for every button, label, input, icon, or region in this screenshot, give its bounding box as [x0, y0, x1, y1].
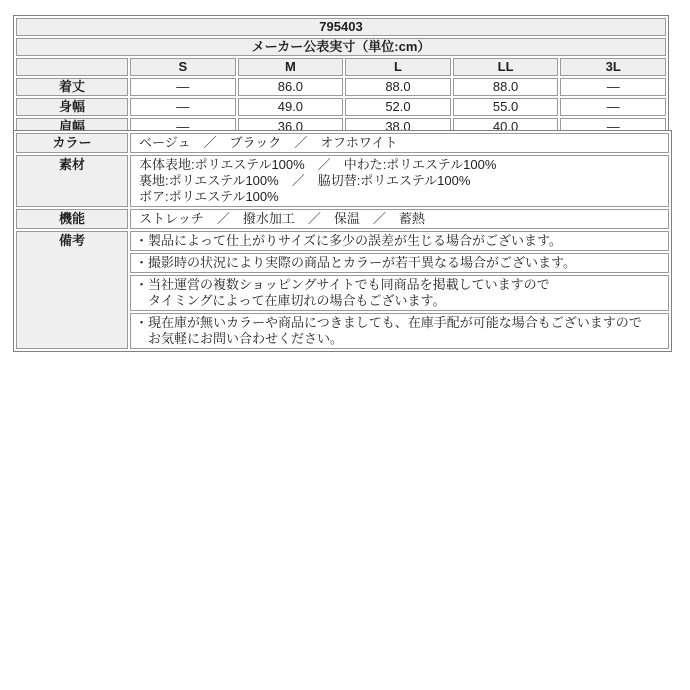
color-value: ベージュ ／ ブラック ／ オフホワイト	[130, 133, 669, 153]
remarks-item-1-line-1: ・製品によって仕上がりサイズに多少の誤差が生じる場合がございます。	[135, 233, 662, 249]
size-header-row: S M L LL 3L	[16, 58, 666, 76]
width-s: ―	[130, 98, 236, 116]
detail-table: カラー ベージュ ／ ブラック ／ オフホワイト 素材 本体表地:ポリエステル1…	[13, 130, 672, 352]
size-col-header-ll: LL	[453, 58, 559, 76]
remarks-item-1: ・製品によって仕上がりサイズに多少の誤差が生じる場合がございます。	[130, 231, 669, 251]
width-l: 52.0	[345, 98, 451, 116]
function-row: 機能 ストレッチ ／ 撥水加工 ／ 保温 ／ 蓄熱	[16, 209, 669, 229]
function-label: 機能	[16, 209, 128, 229]
remarks-item-4: ・現在庫が無いカラーや商品につきましても、在庫手配が可能な場合もございますので …	[130, 313, 669, 349]
page: 795403 メーカー公表実寸（単位:cm） S M L LL 3L 着丈 ― …	[0, 0, 690, 690]
remarks-item-2: ・撮影時の状況により実際の商品とカラーが若干異なる場合がございます。	[130, 253, 669, 273]
length-s: ―	[130, 78, 236, 96]
remarks-item-2-line-1: ・撮影時の状況により実際の商品とカラーが若干異なる場合がございます。	[135, 255, 662, 271]
material-line-3: ボア:ポリエステル100%	[139, 189, 662, 205]
product-code: 795403	[16, 18, 666, 36]
material-value: 本体表地:ポリエステル100% ／ 中わた:ポリエステル100% 裏地:ポリエス…	[130, 155, 669, 207]
width-3l: ―	[560, 98, 666, 116]
material-row: 素材 本体表地:ポリエステル100% ／ 中わた:ポリエステル100% 裏地:ポ…	[16, 155, 669, 207]
size-col-header-l: L	[345, 58, 451, 76]
remarks-row-1: 備考 ・製品によって仕上がりサイズに多少の誤差が生じる場合がございます。	[16, 231, 669, 251]
row-label-width: 身幅	[16, 98, 128, 116]
size-col-header-3l: 3L	[560, 58, 666, 76]
size-header-corner	[16, 58, 128, 76]
length-m: 86.0	[238, 78, 344, 96]
width-ll: 55.0	[453, 98, 559, 116]
size-row-length: 着丈 ― 86.0 88.0 88.0 ―	[16, 78, 666, 96]
color-row: カラー ベージュ ／ ブラック ／ オフホワイト	[16, 133, 669, 153]
material-label: 素材	[16, 155, 128, 207]
size-row-width: 身幅 ― 49.0 52.0 55.0 ―	[16, 98, 666, 116]
remarks-label: 備考	[16, 231, 128, 349]
size-spec-table: 795403 メーカー公表実寸（単位:cm） S M L LL 3L 着丈 ― …	[13, 15, 669, 139]
function-value: ストレッチ ／ 撥水加工 ／ 保温 ／ 蓄熱	[130, 209, 669, 229]
remarks-item-4-line-2: お気軽にお問い合わせください。	[135, 331, 662, 347]
length-ll: 88.0	[453, 78, 559, 96]
size-table-title-row: メーカー公表実寸（単位:cm）	[16, 38, 666, 56]
length-3l: ―	[560, 78, 666, 96]
product-code-row: 795403	[16, 18, 666, 36]
remarks-item-4-line-1: ・現在庫が無いカラーや商品につきましても、在庫手配が可能な場合もございますので	[135, 315, 662, 331]
material-line-1: 本体表地:ポリエステル100% ／ 中わた:ポリエステル100%	[139, 157, 662, 173]
width-m: 49.0	[238, 98, 344, 116]
size-col-header-s: S	[130, 58, 236, 76]
remarks-item-3: ・当社運営の複数ショッピングサイトでも同商品を掲載していますので タイミングによ…	[130, 275, 669, 311]
remarks-item-3-line-1: ・当社運営の複数ショッピングサイトでも同商品を掲載していますので	[135, 277, 662, 293]
length-l: 88.0	[345, 78, 451, 96]
material-line-2: 裏地:ポリエステル100% ／ 脇切替:ポリエステル100%	[139, 173, 662, 189]
color-label: カラー	[16, 133, 128, 153]
remarks-item-3-line-2: タイミングによって在庫切れの場合もございます。	[135, 293, 662, 309]
row-label-length: 着丈	[16, 78, 128, 96]
size-table-title: メーカー公表実寸（単位:cm）	[16, 38, 666, 56]
size-col-header-m: M	[238, 58, 344, 76]
